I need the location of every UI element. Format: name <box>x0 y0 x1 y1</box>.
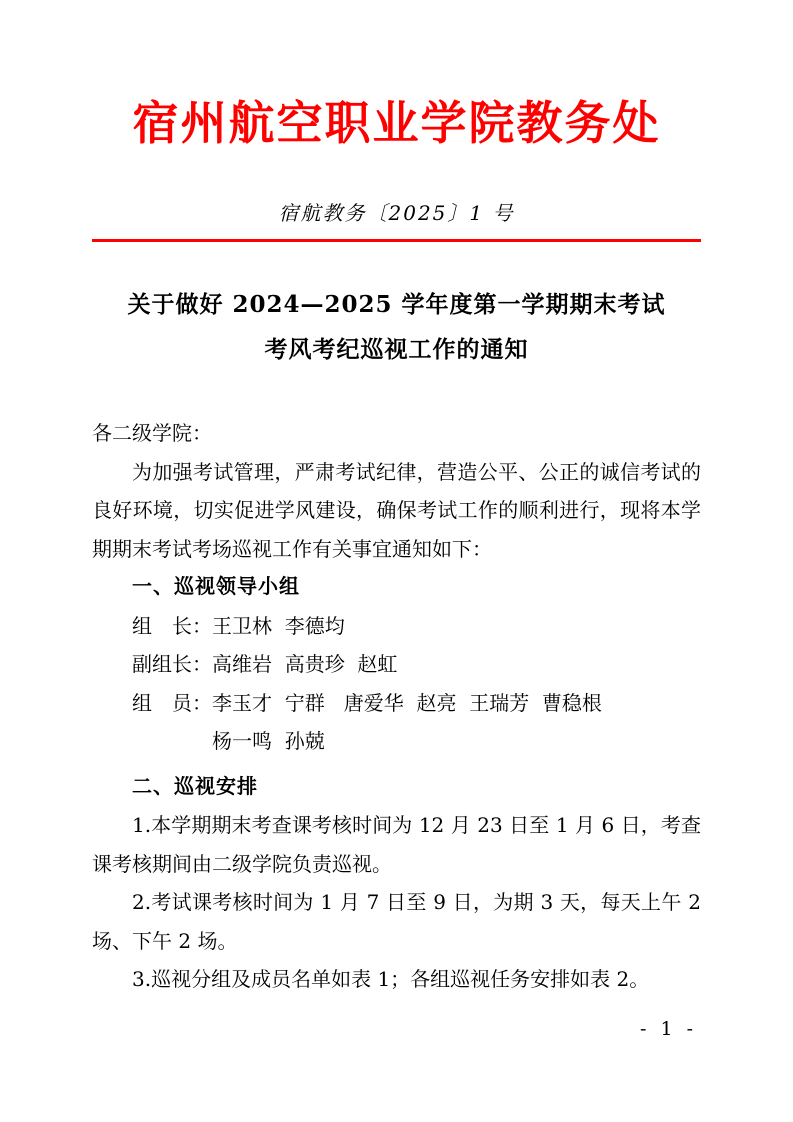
role-label-deputy: 副组长： <box>132 652 212 676</box>
role-line-members-continuation: 杨一鸣 孙兢 <box>92 722 701 761</box>
role-names-members: 李玉才 宁群 唐爱华 赵亮 王瑞芳 曹稳根 <box>212 691 602 715</box>
doc-number: 宿航教务〔2025〕1 号 <box>92 198 701 228</box>
notice-body: 各二级学院： 为加强考试管理，严肃考试纪律，营造公平、公正的诚信考试的良好环境，… <box>92 414 701 999</box>
role-line-deputy: 副组长：高维岩 高贵珍 赵虹 <box>92 645 701 684</box>
page-number: - 1 - <box>640 1018 697 1040</box>
notice-title-line2: 考风考纪巡视工作的通知 <box>92 327 701 372</box>
arrangement-item-2: 2.考试课考核时间为 1 月 7 日至 9 日，为期 3 天，每天上午 2 场、… <box>92 883 701 960</box>
section-heading-arrangement: 二、巡视安排 <box>92 768 701 807</box>
role-label-leader: 组 长： <box>132 614 212 638</box>
red-divider-line <box>92 239 701 242</box>
document-page: 宿州航空职业学院教务处 宿航教务〔2025〕1 号 关于做好 2024—2025… <box>0 0 793 1122</box>
salutation: 各二级学院： <box>92 414 701 453</box>
role-names-leader: 王卫林 李德均 <box>212 614 345 638</box>
role-line-members: 组 员：李玉才 宁群 唐爱华 赵亮 王瑞芳 曹稳根 <box>92 684 701 723</box>
section-heading-leading-group: 一、巡视领导小组 <box>92 568 701 607</box>
role-names-deputy: 高维岩 高贵珍 赵虹 <box>212 652 397 676</box>
arrangement-item-1: 1.本学期期末考查课考核时间为 12 月 23 日至 1 月 6 日，考查课考核… <box>92 806 701 883</box>
notice-title-line1: 关于做好 2024—2025 学年度第一学期期末考试 <box>92 282 701 327</box>
intro-paragraph: 为加强考试管理，严肃考试纪律，营造公平、公正的诚信考试的良好环境，切实促进学风建… <box>92 453 701 569</box>
role-line-leader: 组 长：王卫林 李德均 <box>92 607 701 646</box>
role-label-members: 组 员： <box>132 691 212 715</box>
arrangement-item-3: 3.巡视分组及成员名单如表 1；各组巡视任务安排如表 2。 <box>92 960 701 999</box>
org-title: 宿州航空职业学院教务处 <box>92 88 701 158</box>
